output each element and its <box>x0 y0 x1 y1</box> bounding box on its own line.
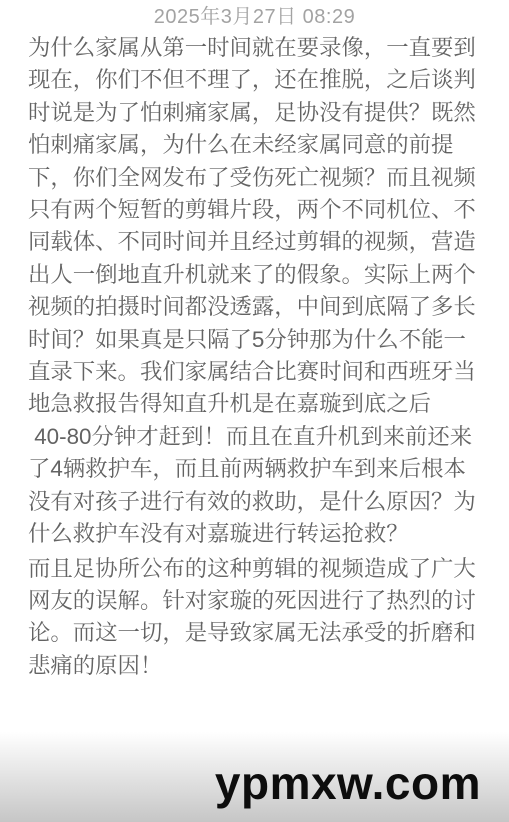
post-body: 为什么家属从第一时间就在要录像，一直要到 现在，你们不但不理了，还在推脱，之后谈… <box>0 32 509 682</box>
post-timestamp: 2025年3月27日 08:29 <box>0 0 509 29</box>
watermark-site-url: ypmxw.com <box>215 756 481 810</box>
post-paragraph-1: 为什么家属从第一时间就在要录像，一直要到 现在，你们不但不理了，还在推脱，之后谈… <box>28 32 481 551</box>
post-paragraph-2: 而且足协所公布的这种剪辑的视频造成了广大 网友的误解。针对家璇的死因进行了热烈的… <box>28 553 481 683</box>
post-screenshot: 2025年3月27日 08:29 为什么家属从第一时间就在要录像，一直要到 现在… <box>0 0 509 822</box>
